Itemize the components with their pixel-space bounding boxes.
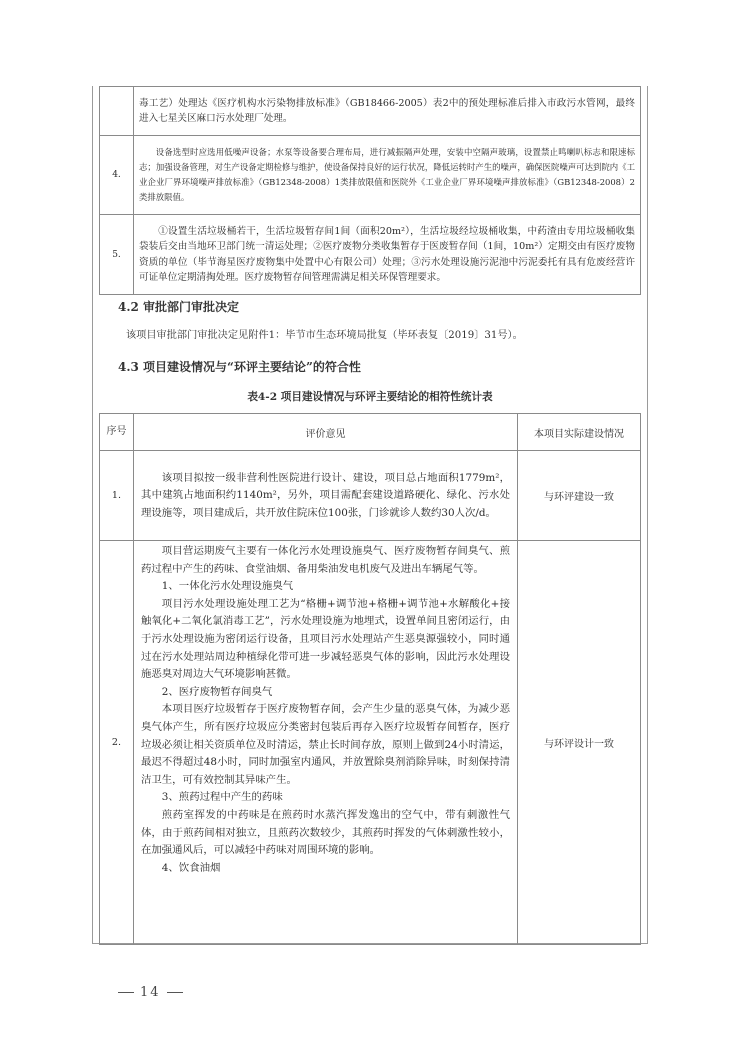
page-footer: 14 bbox=[112, 985, 189, 1000]
row-number: 1. bbox=[100, 451, 134, 541]
row-number: 4. bbox=[100, 136, 134, 215]
row-result: 与环评设计一致 bbox=[518, 541, 641, 945]
section-4-2-paragraph: 该项目审批部门审批决定见附件1：毕节市生态环境局批复（毕环表复〔2019〕31号… bbox=[126, 326, 523, 341]
opinion-paragraph: 项目污水处理设施处理工艺为“格栅+调节池+格栅+调节池+水解酸化+接触氧化+二氧… bbox=[141, 596, 510, 684]
page-number: 14 bbox=[140, 985, 161, 1000]
row-result: 与环评建设一致 bbox=[518, 451, 641, 541]
table-row: 毒工艺）处理达《医疗机构水污染物排放标准》（GB18466-2005）表2中的预… bbox=[100, 87, 641, 136]
table-row: 4. 设备选型时应选用低噪声设备；水泵等设备要合理布局，进行减振隔声处理，安装中… bbox=[100, 136, 641, 215]
row-number: 5. bbox=[100, 215, 134, 295]
opinion-subheading: 3、煎药过程中产生的药味 bbox=[141, 789, 510, 807]
opinion-subheading: 1、一体化污水处理设施臭气 bbox=[141, 578, 510, 596]
column-header-number: 序号 bbox=[100, 414, 134, 451]
table-header-row: 序号 评价意见 本项目实际建设情况 bbox=[100, 414, 641, 451]
opinion-subheading: 4、饮食油烟 bbox=[141, 860, 510, 878]
opinion-subheading: 2、医疗废物暂存间臭气 bbox=[141, 684, 510, 702]
row-text: ①设置生活垃圾桶若干，生活垃圾暂存间1间（面积20m²），生活垃圾经垃圾桶收集，… bbox=[134, 215, 641, 295]
table-row: 2. 项目营运期废气主要有一体化污水处理设施臭气、医疗废物暂存间臭气、煎药过程中… bbox=[100, 541, 641, 945]
column-header-actual: 本项目实际建设情况 bbox=[518, 414, 641, 451]
row-text: 设备选型时应选用低噪声设备；水泵等设备要合理布局，进行减振隔声处理，安装中空隔声… bbox=[134, 136, 641, 215]
compliance-table: 序号 评价意见 本项目实际建设情况 1. 该项目拟按一级非营利性医院进行设计、建… bbox=[99, 413, 641, 945]
table-row: 1. 该项目拟按一级非营利性医院进行设计、建设，项目总占地面积1779m²，其中… bbox=[100, 451, 641, 541]
row-number bbox=[100, 87, 134, 136]
section-heading-4-2: 4.2 审批部门审批决定 bbox=[118, 298, 239, 315]
table-caption: 表4-2 项目建设情况与环评主要结论的相符性统计表 bbox=[0, 389, 740, 404]
row-text: 毒工艺）处理达《医疗机构水污染物排放标准》（GB18466-2005）表2中的预… bbox=[134, 87, 641, 136]
footer-dash-right bbox=[167, 992, 183, 994]
table-row: 5. ①设置生活垃圾桶若干，生活垃圾暂存间1间（面积20m²），生活垃圾经垃圾桶… bbox=[100, 215, 641, 295]
row-opinion: 该项目拟按一级非营利性医院进行设计、建设，项目总占地面积1779m²，其中建筑占… bbox=[134, 451, 518, 541]
opinion-paragraph: 项目营运期废气主要有一体化污水处理设施臭气、医疗废物暂存间臭气、煎药过程中产生的… bbox=[141, 543, 510, 578]
continued-measures-table: 毒工艺）处理达《医疗机构水污染物排放标准》（GB18466-2005）表2中的预… bbox=[99, 86, 641, 295]
opinion-paragraph: 本项目医疗垃圾暂存于医疗废物暂存间，会产生少量的恶臭气体，为减少恶臭气体产生，所… bbox=[141, 701, 510, 789]
opinion-paragraph: 煎药室挥发的中药味是在煎药时水蒸汽挥发逸出的空气中，带有刺激性气体，由于煎药间相… bbox=[141, 807, 510, 860]
row-opinion: 项目营运期废气主要有一体化污水处理设施臭气、医疗废物暂存间臭气、煎药过程中产生的… bbox=[134, 541, 518, 945]
section-heading-4-3: 4.3 项目建设情况与“环评主要结论”的符合性 bbox=[118, 358, 361, 375]
column-header-opinion: 评价意见 bbox=[134, 414, 518, 451]
footer-dash-left bbox=[118, 992, 134, 994]
row-number: 2. bbox=[100, 541, 134, 945]
